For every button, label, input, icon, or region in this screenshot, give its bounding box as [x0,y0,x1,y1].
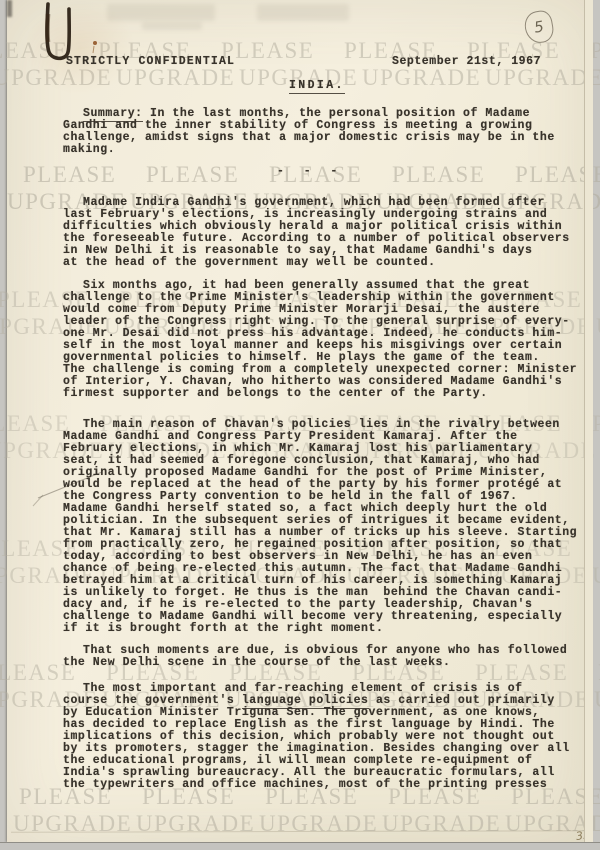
watermark-text: UPGRADE [116,65,235,91]
circled-page-annotation: 5 [522,9,555,45]
page-corner-shadow [7,0,12,17]
watermark-text: PLEASE [0,411,70,437]
paper-sheet: PLEASEPLEASEPLEASEPLEASEPLEASEPLEASEUPGR… [7,0,592,842]
ghost-text-smudge [257,4,349,21]
watermark-text: UPGRADE [382,811,501,837]
paragraph-challenge-chavan: Six months ago, it had been generally as… [63,280,600,400]
paragraph-moments-due: That such moments are due, is obvious fo… [63,645,600,669]
text-segment: if it is brought forth at the right mome… [63,622,383,635]
document-title: INDIA. [289,79,345,94]
text-line: if it is brought forth at the right mome… [63,623,600,635]
scanned-document-page: PLEASEPLEASEPLEASEPLEASEPLEASEPLEASEUPGR… [0,0,600,850]
paragraph-kamaraj-rivalry: The main reason of Chavan's policies lie… [63,419,600,635]
watermark-text: PLEASE [146,162,239,188]
bottom-crease [11,830,589,833]
text-line: the typewriters and office machines, mos… [63,779,600,791]
watermark-text: PLEASE [23,162,116,188]
text-segment: firmest supporter and belongs to the cen… [63,387,488,400]
watermark-text: UPGRADE [362,65,481,91]
text-segment: the New Delhi scene in the course of the… [63,656,450,669]
text-line: making. [63,144,600,156]
text-line: at the head of the government may well b… [63,257,600,269]
circled-number-text: 5 [533,17,546,36]
ghost-text-smudge [142,22,202,30]
watermark-text: PLEASE [392,162,485,188]
ghost-text-smudge [107,4,215,21]
text-segment: the typewriters and office machines, mos… [63,778,547,791]
paragraph-summary: Summary: In the last months, the persona… [63,108,600,156]
paper-right-edge [584,0,593,842]
watermark-text: UPGRADE [259,811,378,837]
scanner-bottom-edge [0,842,600,850]
text-line: the New Delhi scene in the course of the… [63,657,600,669]
text-line: challenge, amidst signs that a major dom… [63,132,600,144]
date-label: September 21st, 1967 [392,55,541,68]
text-segment: challenge, amidst signs that a major dom… [63,131,555,144]
watermark-text: UPGRADE [13,811,132,837]
classification-label: STRICTLY CONFIDENTIAL [66,55,235,68]
text-line: firmest supporter and belongs to the cen… [63,388,600,400]
separator-dashes: - - - [277,165,339,178]
watermark-text: UPGRADE [136,811,255,837]
text-segment: making. [63,143,115,156]
paragraph-language-policies: The most important and far-reaching elem… [63,683,600,791]
text-segment: at the head of the government may well b… [63,256,436,269]
watermark-text: UPGRADE [485,65,600,91]
paragraph-government-strains: Madame Indira Gandhi's government, which… [63,197,600,269]
